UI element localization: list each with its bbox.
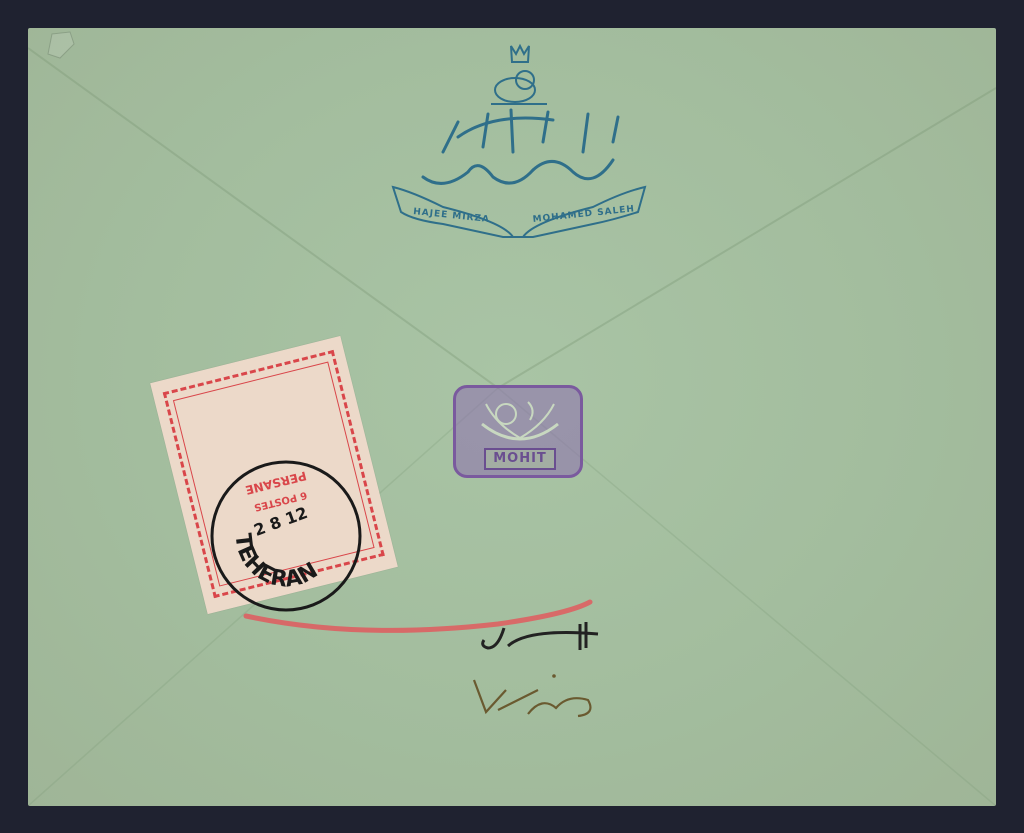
banner-right-text: MOHAMED SALEH bbox=[532, 204, 635, 225]
corner-crease bbox=[38, 28, 78, 64]
handwritten-notation bbox=[468, 618, 608, 728]
postmark-date: 2 8 12 bbox=[251, 503, 310, 540]
persian-calligraphy bbox=[423, 110, 618, 183]
wreath-emblem-icon bbox=[476, 394, 564, 446]
letterhead-crest: HAJEE MIRZA MOHAMED SALEH bbox=[383, 42, 653, 252]
envelope: HAJEE MIRZA MOHAMED SALEH MOHIT PERSANE … bbox=[28, 28, 996, 806]
cachet-label: MOHIT bbox=[484, 448, 556, 470]
lion-icon bbox=[491, 71, 547, 104]
mohit-cachet: MOHIT bbox=[453, 385, 583, 478]
crown-icon bbox=[511, 46, 529, 62]
